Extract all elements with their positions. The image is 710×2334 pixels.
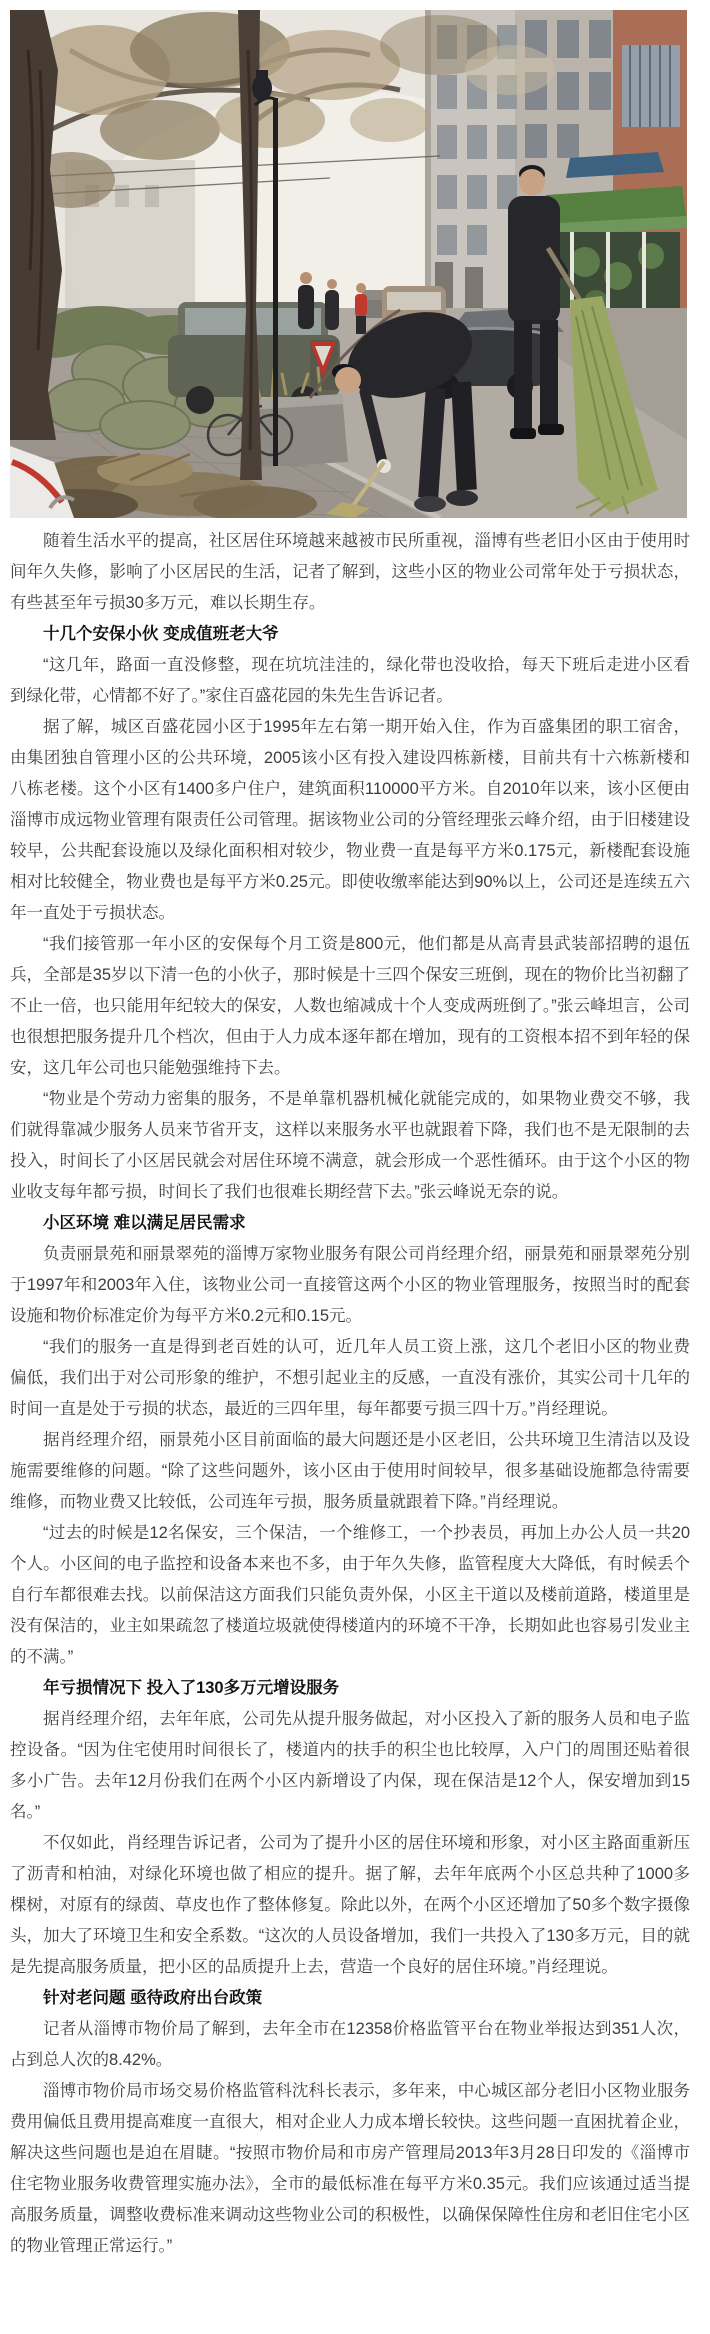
street-scene-illustration bbox=[10, 10, 687, 518]
photo-red-jacket-figure bbox=[355, 294, 367, 316]
heading-policy: 针对老问题 亟待政府出台政策 bbox=[10, 1983, 690, 2014]
article-body: 随着生活水平的提高，社区居住环境越来越被市民所重视，淄博有些老旧小区由于使用时间… bbox=[0, 526, 710, 2262]
price-bureau-paragraph: 淄博市物价局市场交易价格监管科沈科长表示，多年来，中心城区部分老旧小区物业服务费… bbox=[10, 2076, 690, 2262]
aging-facilities-paragraph: 据肖经理介绍，丽景苑小区目前面临的最大问题还是小区老旧，公共环境卫生清洁以及设施… bbox=[10, 1425, 690, 1518]
photo-balcony-railing bbox=[622, 45, 680, 127]
labor-intensive-paragraph: “物业是个劳动力密集的服务，不是单靠机器机械化就能完成的，如果物业费交不够，我们… bbox=[10, 1084, 690, 1208]
guard-wages-paragraph: “我们接管那一年小区的安保每个月工资是800元，他们都是从高青县武装部招聘的退伍… bbox=[10, 929, 690, 1084]
environment-upgrade-paragraph: 不仅如此，肖经理告诉记者，公司为了提升小区的居住环境和形象，对小区主路面重新压了… bbox=[10, 1828, 690, 1983]
resident-quote-paragraph: “这几年，路面一直没修整，现在坑坑洼洼的，绿化带也没收拾，每天下班后走进小区看到… bbox=[10, 650, 690, 712]
article-photo bbox=[10, 10, 687, 518]
baisheng-garden-paragraph: 据了解，城区百盛花园小区于1995年左右第一期开始入住，作为百盛集团的职工宿舍，… bbox=[10, 712, 690, 929]
complaints-statistics-paragraph: 记者从淄博市物价局了解到，去年全市在12358价格监管平台在物业举报达到351人… bbox=[10, 2014, 690, 2076]
article-page: 随着生活水平的提高，社区居住环境越来越被市民所重视，淄博有些老旧小区由于使用时间… bbox=[0, 0, 710, 2334]
service-recognition-paragraph: “我们的服务一直是得到老百姓的认可，近几年人员工资上涨，这几个老旧小区的物业费偏… bbox=[10, 1332, 690, 1425]
heading-community-environment: 小区环境 难以满足居民需求 bbox=[10, 1208, 690, 1239]
heading-security-guards: 十几个安保小伙 变成值班老大爷 bbox=[10, 619, 690, 650]
service-upgrade-paragraph: 据肖经理介绍，去年年底，公司先从提升服务做起，对小区投入了新的服务人员和电子监控… bbox=[10, 1704, 690, 1828]
staffing-history-paragraph: “过去的时候是12名保安，三个保洁，一个维修工，一个抄表员，再加上办公人员一共2… bbox=[10, 1518, 690, 1673]
heading-investment: 年亏损情况下 投入了130多万元增设服务 bbox=[10, 1673, 690, 1704]
intro-paragraph: 随着生活水平的提高，社区居住环境越来越被市民所重视，淄博有些老旧小区由于使用时间… bbox=[10, 526, 690, 619]
lijingyuan-paragraph: 负责丽景苑和丽景翠苑的淄博万家物业服务有限公司肖经理介绍，丽景苑和丽景翠苑分别于… bbox=[10, 1239, 690, 1332]
